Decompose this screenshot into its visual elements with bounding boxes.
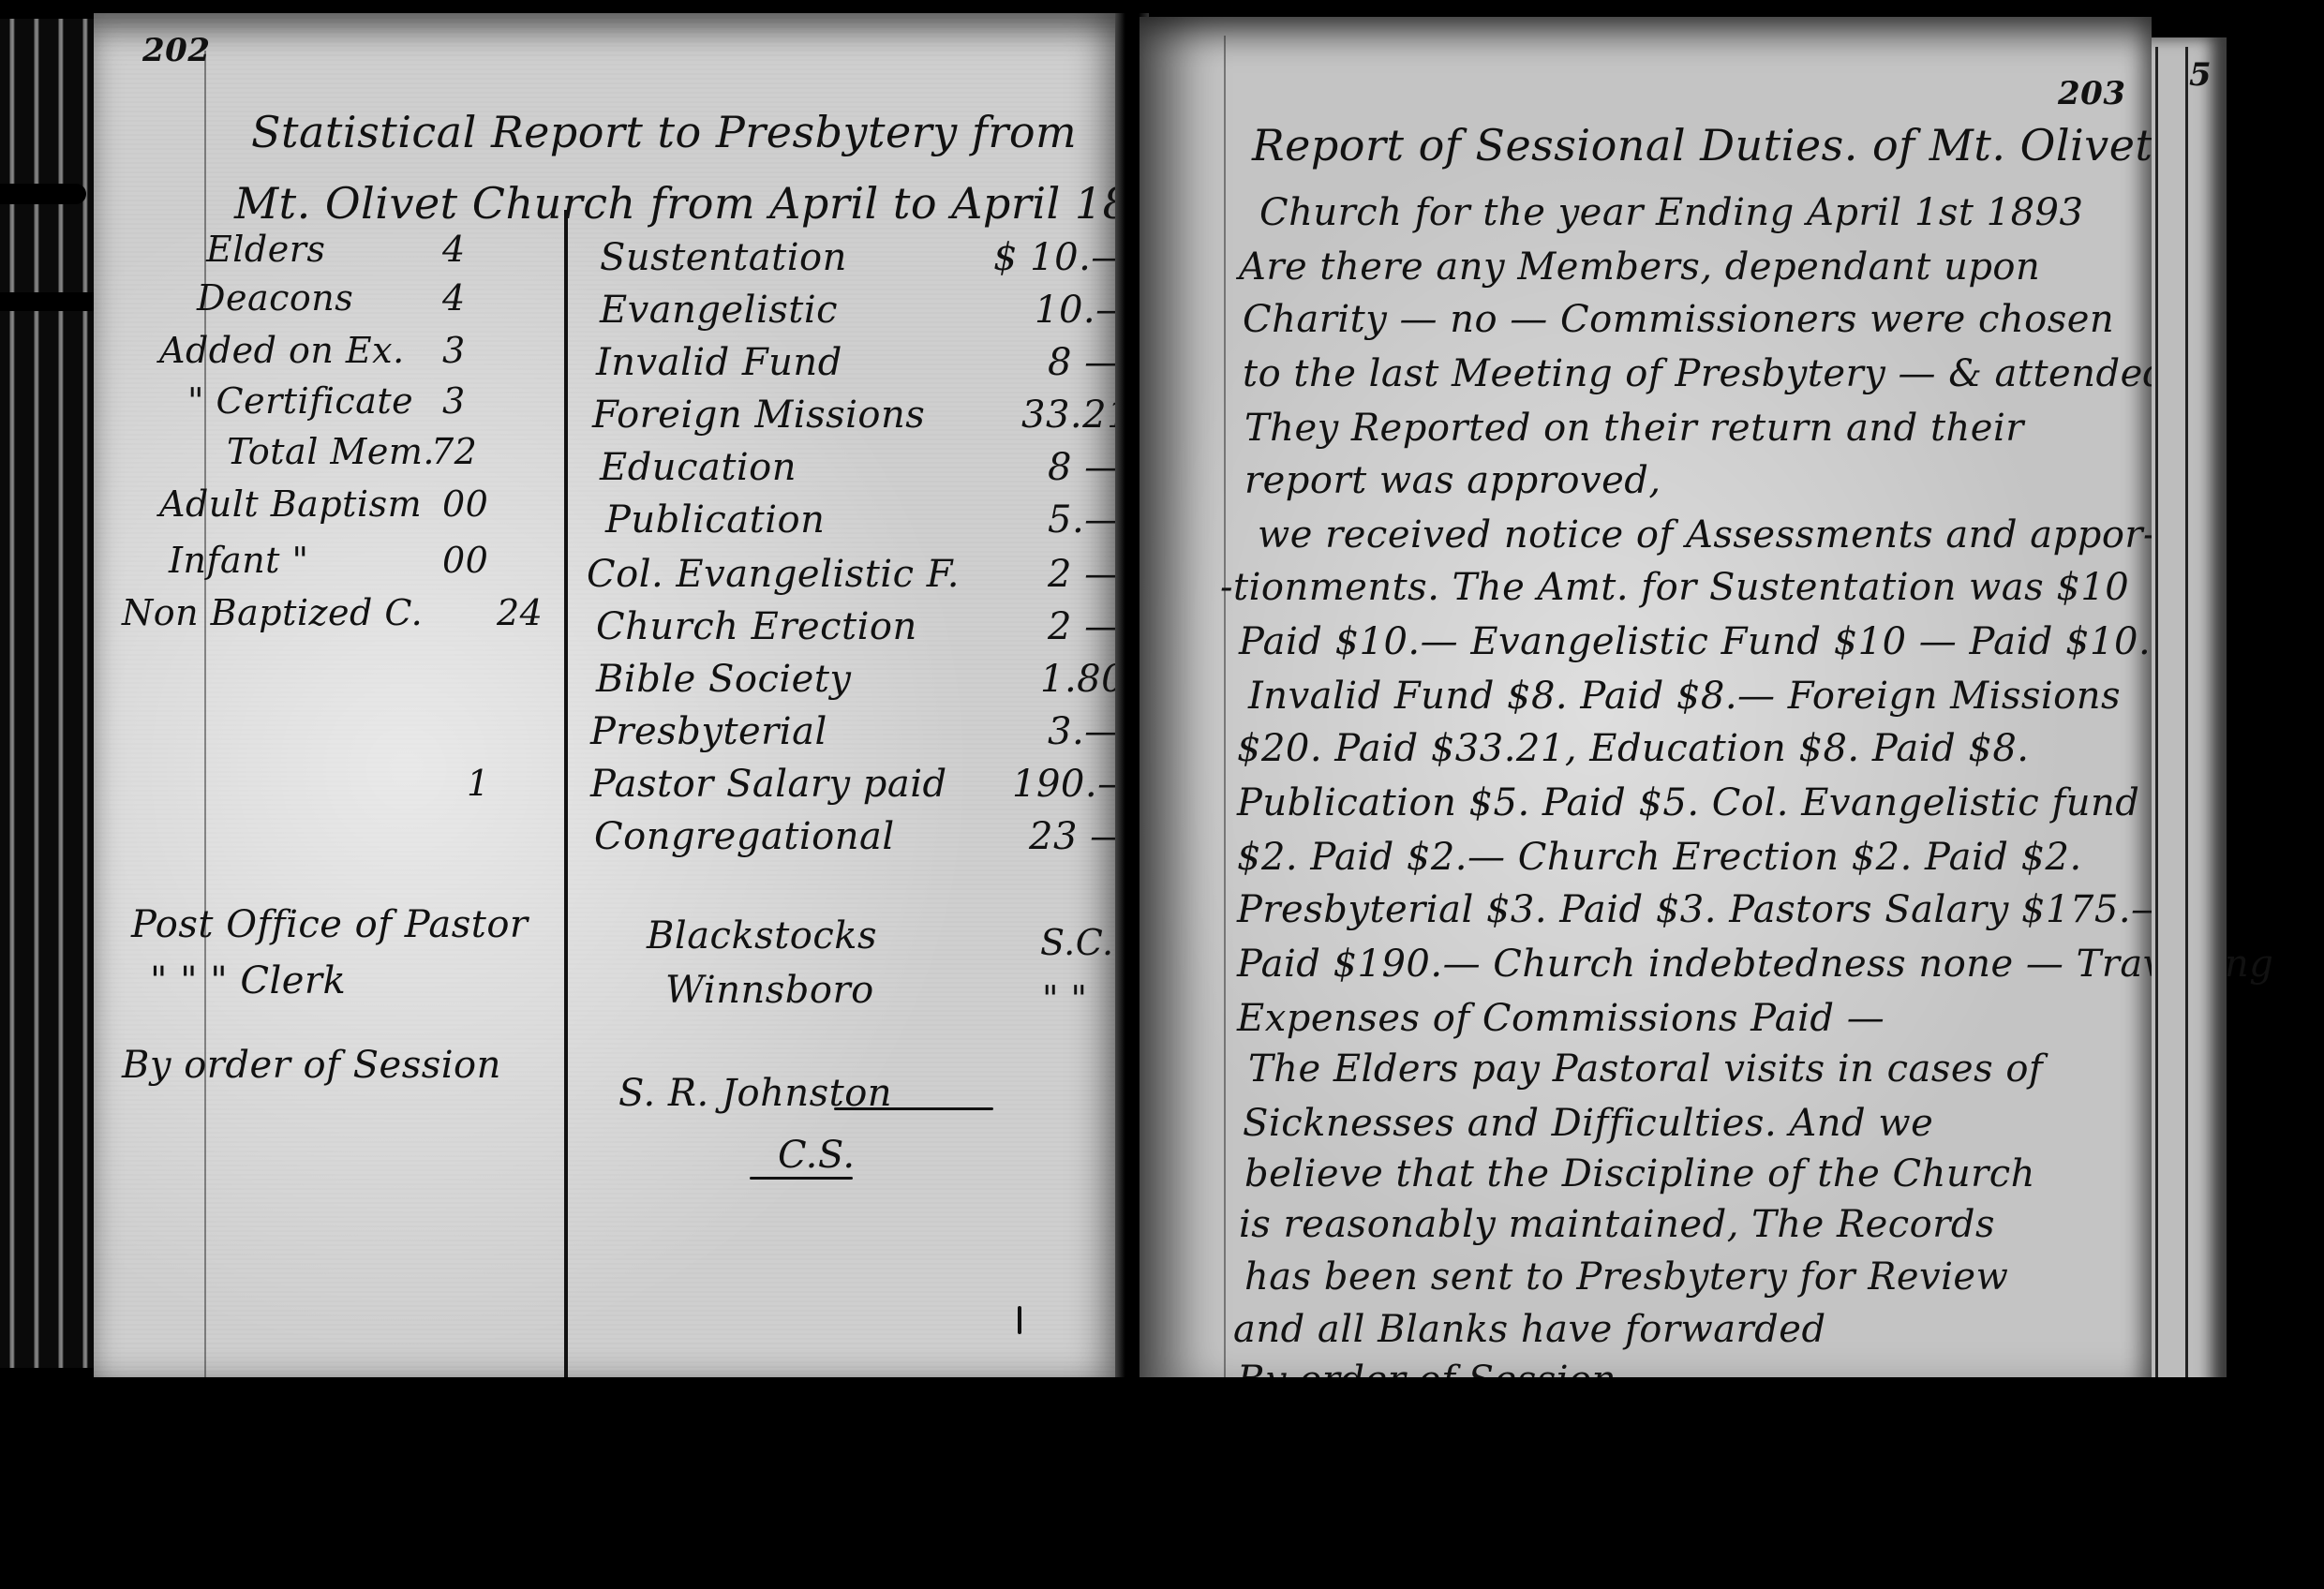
fund-label-sustentation: Sustentation xyxy=(600,236,847,279)
fund-label-col-evangelistic: Col. Evangelistic F. xyxy=(587,553,960,596)
next-page-number-fragment: 5 xyxy=(2189,56,2212,94)
column-divider xyxy=(564,210,568,1381)
report-line: report was approved, xyxy=(1244,459,1661,502)
stat-label-non-baptized: Non Baptized C. xyxy=(122,592,423,633)
fund-value-sustentation: $ 10.— xyxy=(993,236,1129,279)
binding-clip-top xyxy=(0,184,86,204)
ink-mark xyxy=(1018,1306,1021,1334)
fund-value-presbyterial: 3.— xyxy=(1048,710,1123,753)
report-line: and all Blanks have forwarded xyxy=(1233,1308,1826,1351)
closing-by-order-of-session-left: By order of Session xyxy=(122,1044,501,1087)
report-line: $2. Paid $2.— Church Erection $2. Paid $… xyxy=(1237,836,2082,879)
stray-mark: 1 xyxy=(467,763,490,804)
stat-value-infant-baptism: 00 xyxy=(442,540,488,581)
report-line: $20. Paid $33.21, Education $8. Paid $8. xyxy=(1237,727,2030,770)
fund-value-church-erection: 2 — xyxy=(1048,605,1123,648)
page-number-left: 202 xyxy=(142,32,210,69)
fund-value-congregational: 23 — xyxy=(1029,815,1128,858)
right-page: 203 Report of Sessional Duties. of Mt. O… xyxy=(1140,17,2152,1398)
page-number-right: 203 xyxy=(2058,75,2125,112)
report-line: is reasonably maintained, The Records xyxy=(1239,1203,1995,1246)
margin-rule-right xyxy=(1224,36,1226,1385)
stat-label-certificate: " Certificate xyxy=(187,380,413,422)
signature-title-left: C.S. xyxy=(778,1134,856,1177)
post-office-pastor-label: Post Office of Pastor xyxy=(131,903,529,946)
fund-value-education: 8 — xyxy=(1048,446,1123,489)
stat-label-infant-baptism: Infant " xyxy=(169,540,309,581)
fund-label-foreign-missions: Foreign Missions xyxy=(592,394,925,437)
stat-value-non-baptized: 24 xyxy=(497,592,543,633)
next-page-rule xyxy=(2155,47,2158,1396)
stat-value-elders: 4 xyxy=(442,229,466,270)
fund-label-church-erection: Church Erection xyxy=(596,605,917,648)
post-office-pastor-value: Blackstocks xyxy=(647,914,877,958)
fund-label-evangelistic: Evangelistic xyxy=(600,289,838,332)
fund-value-publication: 5.— xyxy=(1048,498,1123,542)
page-stack-edges xyxy=(0,19,94,1368)
fund-label-presbyterial: Presbyterial xyxy=(590,710,827,753)
report-line: The Elders pay Pastoral visits in cases … xyxy=(1248,1047,2043,1091)
fund-label-invalid-fund: Invalid Fund xyxy=(596,341,842,384)
next-page-rule-2 xyxy=(2185,47,2188,1396)
report-title-line2: Mt. Olivet Church from April to April 18… xyxy=(234,178,1186,229)
post-office-clerk-value: Winnsboro xyxy=(665,969,874,1012)
stat-label-elders: Elders xyxy=(206,229,325,270)
report-line: Charity — no — Commissioners were chosen xyxy=(1243,298,2114,341)
fund-value-invalid-fund: 8 — xyxy=(1048,341,1123,384)
next-page-edge: 5 xyxy=(2152,37,2227,1396)
report-line: Paid $190.— Church indebtedness none — T… xyxy=(1237,943,2273,986)
report-line: Expenses of Commissions Paid — xyxy=(1237,997,1885,1040)
report-line: Presbyterial $3. Paid $3. Pastors Salary… xyxy=(1237,888,2169,931)
fund-label-education: Education xyxy=(600,446,797,489)
report-line: has been sent to Presbytery for Review xyxy=(1244,1255,2008,1299)
post-office-pastor-state: S.C. xyxy=(1040,922,1114,963)
stat-label-adult-baptism: Adult Baptism xyxy=(159,483,422,525)
post-office-clerk-label: " " " Clerk xyxy=(150,959,346,1002)
report-line: to the last Meeting of Presbytery — & at… xyxy=(1243,352,2168,395)
report-line: we received notice of Assessments and ap… xyxy=(1258,513,2156,557)
fund-value-col-evangelistic: 2 — xyxy=(1048,553,1123,596)
stat-label-deacons: Deacons xyxy=(197,277,353,319)
report-line: Publication $5. Paid $5. Col. Evangelist… xyxy=(1237,781,2139,824)
microfilm-bottom-border xyxy=(0,1377,2324,1589)
report-line: Invalid Fund $8. Paid $8.— Foreign Missi… xyxy=(1248,675,2121,718)
stat-value-added-exam: 3 xyxy=(442,330,466,371)
fund-label-publication: Publication xyxy=(605,498,825,542)
report-line: Church for the year Ending April 1st 189… xyxy=(1259,191,2083,234)
fund-value-bible-society: 1.80 xyxy=(1040,658,1125,701)
stat-label-added-exam: Added on Ex. xyxy=(159,330,405,371)
stat-value-total-members: 72 xyxy=(431,431,477,472)
stat-label-total-members: Total Mem. xyxy=(227,431,435,472)
fund-label-pastor-salary: Pastor Salary paid xyxy=(590,763,947,806)
fund-label-bible-society: Bible Society xyxy=(596,658,852,701)
report-line: They Reported on their return and their xyxy=(1244,407,2024,450)
left-page: 202 Statistical Report to Presbytery fro… xyxy=(94,13,1136,1387)
post-office-clerk-state: " " xyxy=(1042,978,1088,1019)
report-title-line1: Statistical Report to Presbytery from xyxy=(251,107,1077,157)
report-line: Are there any Members, dependant upon xyxy=(1239,245,2040,289)
fund-label-congregational: Congregational xyxy=(594,815,895,858)
signature-flourish-left xyxy=(834,1107,993,1110)
report-line: Paid $10.— Evangelistic Fund $10 — Paid … xyxy=(1239,620,2189,663)
stat-value-deacons: 4 xyxy=(442,277,466,319)
report-line: believe that the Discipline of the Churc… xyxy=(1244,1152,2035,1195)
stat-value-adult-baptism: 00 xyxy=(442,483,488,525)
signature-title-underline-left xyxy=(750,1177,853,1180)
stat-value-certificate: 3 xyxy=(442,380,466,422)
report-line: Sicknesses and Difficulties. And we xyxy=(1243,1102,1933,1145)
report-line: -tionments. The Amt. for Sustentation wa… xyxy=(1220,566,2129,609)
report-line: Report of Sessional Duties. of Mt. Olive… xyxy=(1252,120,2153,171)
